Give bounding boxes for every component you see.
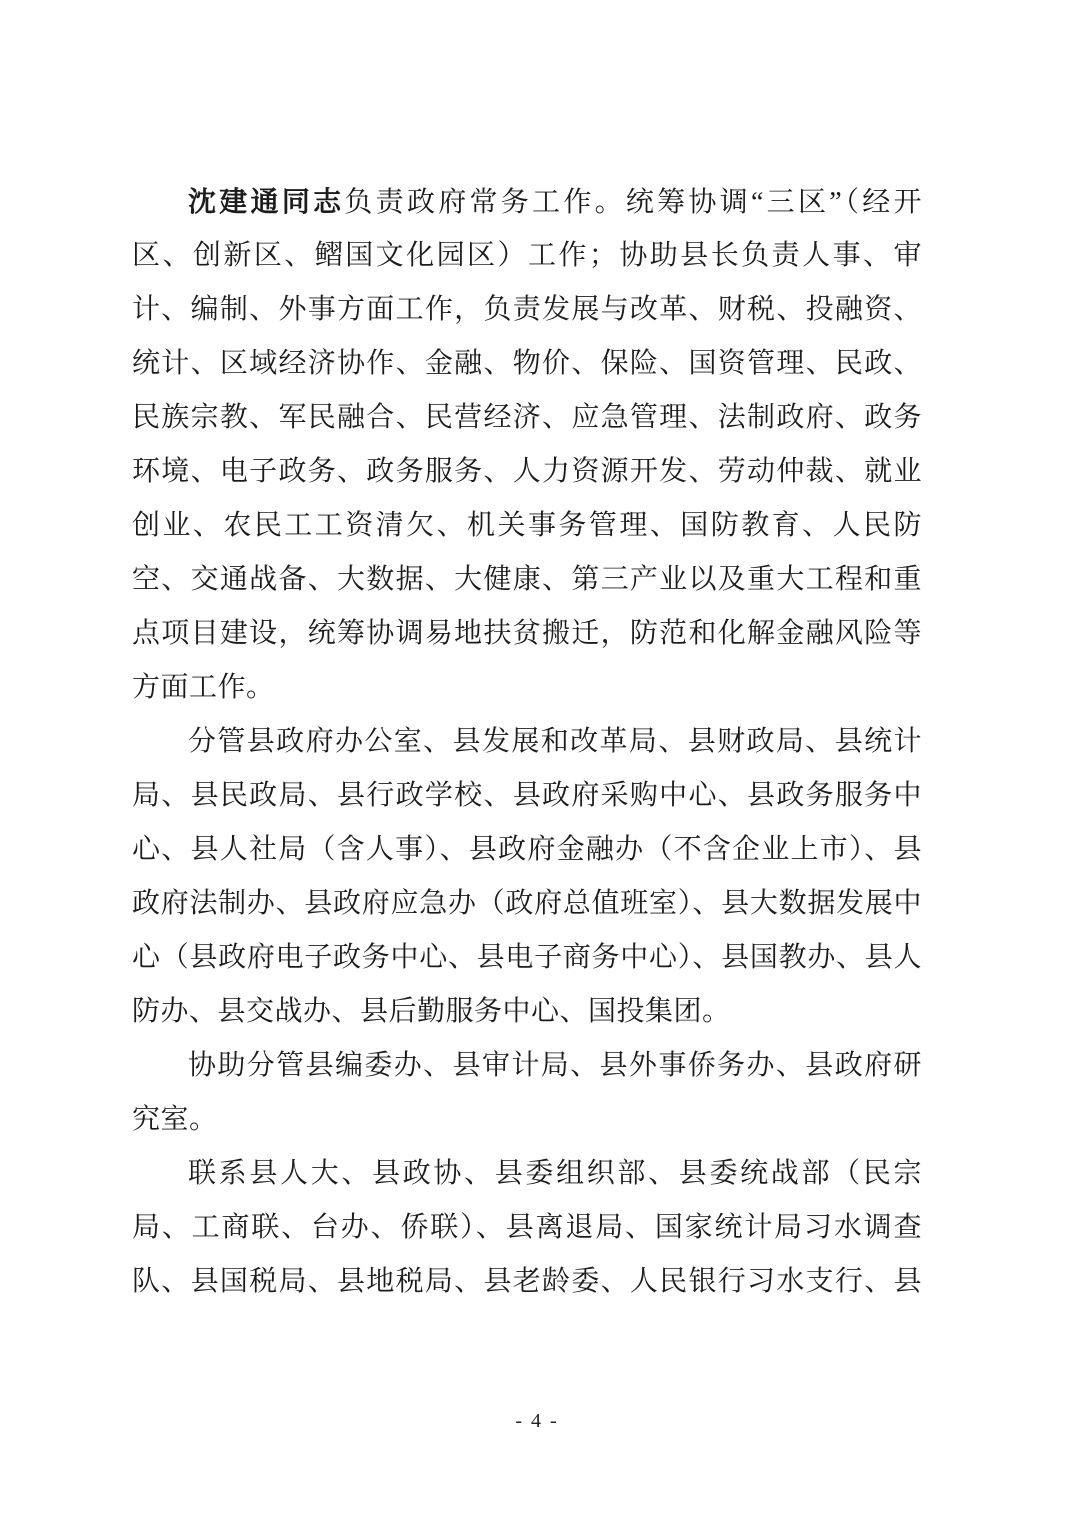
text-line: 环境、电子政务、政务服务、人力资源开发、劳动仲裁、就业 — [132, 445, 922, 499]
paragraph-assist: 协助分管县编委办、县审计局、县外事侨务办、县政府研 究室。 — [132, 1039, 922, 1147]
text-line: 局、工商联、台办、侨联）、县离退局、国家统计局习水调查 — [132, 1201, 922, 1255]
text-line: 心、县人社局（含人事）、县政府金融办（不含企业上市）、县 — [132, 823, 922, 877]
text-line: 点项目建设，统筹协调易地扶贫搬迁，防范和化解金融风险等 — [132, 607, 922, 661]
text-line: 创业、农民工工资清欠、机关事务管理、国防教育、人民防 — [132, 499, 922, 553]
text-line: 协助分管县编委办、县审计局、县外事侨务办、县政府研 — [132, 1039, 922, 1093]
text-line: 局、县民政局、县行政学校、县政府采购中心、县政务服务中 — [132, 769, 922, 823]
text-line: 沈建通同志负责政府常务工作。统筹协调“三区”（经开 — [132, 175, 922, 229]
text-line: 心（县政府电子政务中心、县电子商务中心）、县国教办、县人 — [132, 931, 922, 985]
paragraph-duties: 沈建通同志负责政府常务工作。统筹协调“三区”（经开 区、创新区、鳛国文化园区）工… — [132, 175, 922, 715]
text-line: 统计、区域经济协作、金融、物价、保险、国资管理、民政、 — [132, 337, 922, 391]
text-line: 政府法制办、县政府应急办（政府总值班室）、县大数据发展中 — [132, 877, 922, 931]
text-line: 方面工作。 — [132, 661, 922, 715]
text-line: 联系县人大、县政协、县委组织部、县委统战部（民宗 — [132, 1147, 922, 1201]
paragraph-in-charge: 分管县政府办公室、县发展和改革局、县财政局、县统计 局、县民政局、县行政学校、县… — [132, 715, 922, 1039]
text-line: 究室。 — [132, 1093, 922, 1147]
text-run: 负责政府常务工作。统筹协调“三区”（经开 — [344, 187, 922, 218]
text-line: 计、编制、外事方面工作，负责发展与改革、财税、投融资、 — [132, 283, 922, 337]
document-body: 沈建通同志负责政府常务工作。统筹协调“三区”（经开 区、创新区、鳛国文化园区）工… — [132, 175, 922, 1309]
paragraph-liaison: 联系县人大、县政协、县委组织部、县委统战部（民宗 局、工商联、台办、侨联）、县离… — [132, 1147, 922, 1309]
person-name: 沈建通同志 — [188, 186, 344, 217]
text-line: 民族宗教、军民融合、民营经济、应急管理、法制政府、政务 — [132, 391, 922, 445]
page-number: - 4 - — [0, 1406, 1074, 1436]
text-line: 队、县国税局、县地税局、县老龄委、人民银行习水支行、县 — [132, 1255, 922, 1309]
text-line: 分管县政府办公室、县发展和改革局、县财政局、县统计 — [132, 715, 922, 769]
text-line: 区、创新区、鳛国文化园区）工作；协助县长负责人事、审 — [132, 229, 922, 283]
document-page: 沈建通同志负责政府常务工作。统筹协调“三区”（经开 区、创新区、鳛国文化园区）工… — [0, 0, 1074, 1520]
text-line: 空、交通战备、大数据、大健康、第三产业以及重大工程和重 — [132, 553, 922, 607]
text-line: 防办、县交战办、县后勤服务中心、国投集团。 — [132, 985, 922, 1039]
